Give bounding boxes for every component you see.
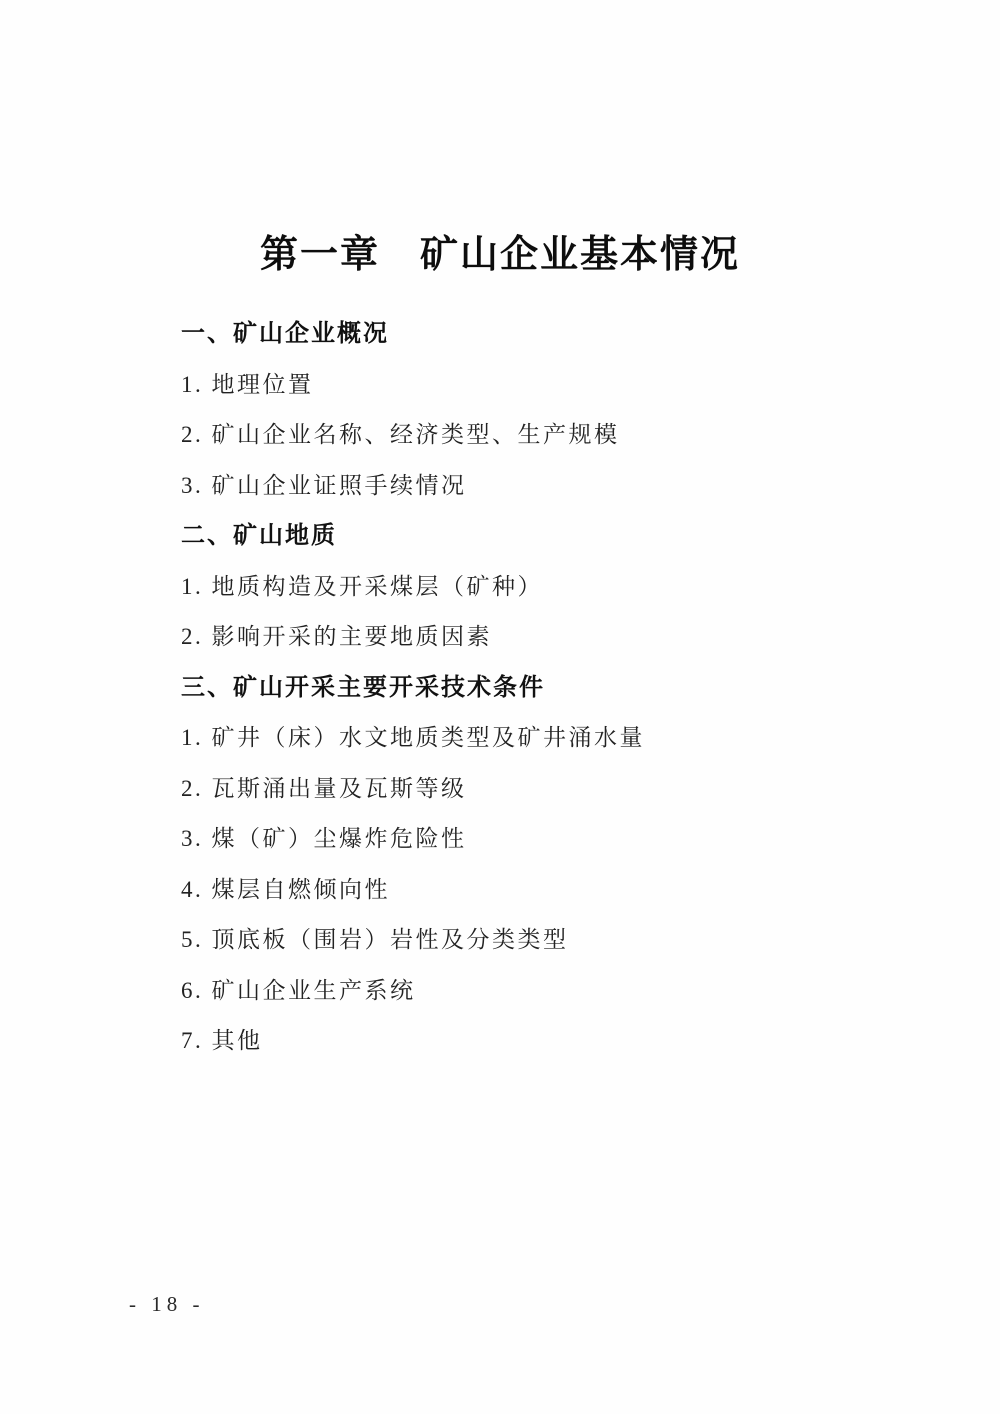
outline-item: 2. 瓦斯涌出量及瓦斯等级 (181, 764, 900, 815)
outline-item: 2. 矿山企业名称、经济类型、生产规模 (181, 410, 900, 461)
section-heading-1: 一、矿山企业概况 (181, 309, 900, 360)
outline-item: 3. 矿山企业证照手续情况 (181, 461, 900, 512)
outline-item: 7. 其他 (181, 1016, 900, 1067)
chapter-title: 第一章 矿山企业基本情况 (0, 223, 1000, 278)
section-heading-3: 三、矿山开采主要开采技术条件 (181, 663, 900, 714)
document-page: 第一章 矿山企业基本情况 一、矿山企业概况 1. 地理位置 2. 矿山企业名称、… (0, 0, 1000, 1414)
page-number: - 18 - (129, 1292, 205, 1317)
outline-item: 6. 矿山企业生产系统 (181, 966, 900, 1017)
outline-item: 1. 矿井（床）水文地质类型及矿井涌水量 (181, 713, 900, 764)
outline-item: 1. 地质构造及开采煤层（矿种） (181, 562, 900, 613)
chapter-outline: 一、矿山企业概况 1. 地理位置 2. 矿山企业名称、经济类型、生产规模 3. … (181, 309, 900, 1067)
outline-item: 1. 地理位置 (181, 360, 900, 411)
outline-item: 4. 煤层自燃倾向性 (181, 865, 900, 916)
section-heading-2: 二、矿山地质 (181, 511, 900, 562)
outline-item: 3. 煤（矿）尘爆炸危险性 (181, 814, 900, 865)
outline-item: 5. 顶底板（围岩）岩性及分类类型 (181, 915, 900, 966)
outline-item: 2. 影响开采的主要地质因素 (181, 612, 900, 663)
